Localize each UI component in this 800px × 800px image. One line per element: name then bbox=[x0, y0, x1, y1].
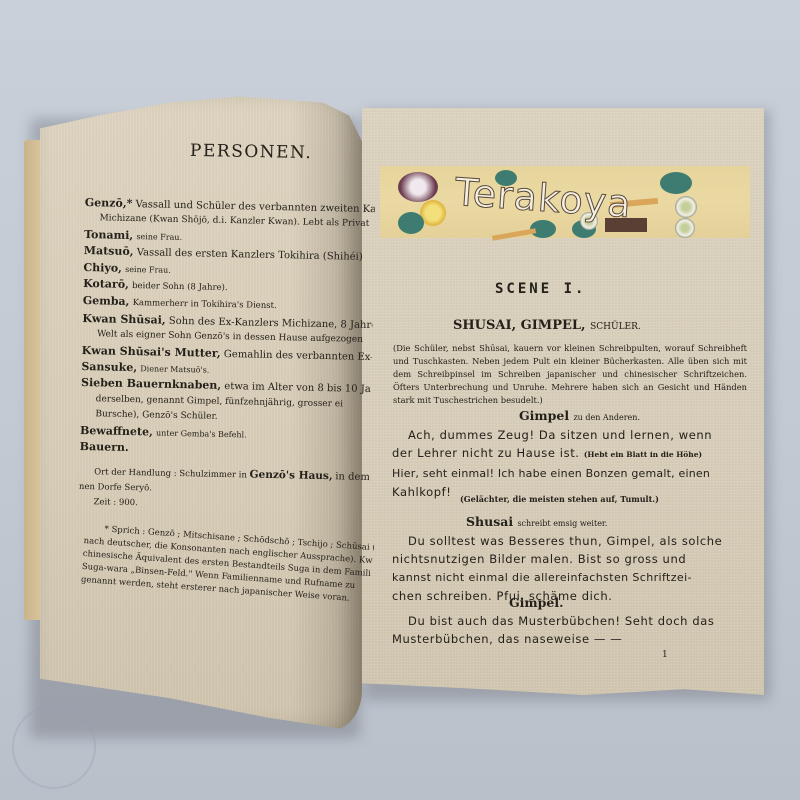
cast-desc: Diener Matsuō's. bbox=[140, 364, 209, 374]
cast-desc: seine Frau. bbox=[136, 232, 182, 242]
cast-name: Kwan Shūsai, bbox=[82, 312, 166, 327]
cast-name: Sansuke, bbox=[81, 360, 137, 374]
page-number: 1 bbox=[662, 650, 668, 660]
setting-tail: in dem si bbox=[335, 471, 369, 483]
stage-direction-tumult: (Gelächter, die meisten stehen auf, Tumu… bbox=[460, 493, 659, 506]
setting-text: Schulzimmer in bbox=[179, 469, 247, 480]
pine-cluster-icon bbox=[660, 172, 692, 194]
cast-name: Bauern. bbox=[80, 440, 129, 454]
speech-line: Du bist auch das Musterbübchen! Seht doc… bbox=[392, 612, 714, 630]
cast-name: Genzō,* bbox=[85, 196, 133, 210]
speaker-name: Gimpel bbox=[519, 408, 569, 423]
cast-desc: Gemahlin des verbannten Ex-Kan bbox=[224, 349, 372, 364]
cast-desc: unter Gemba's Befehl. bbox=[156, 428, 247, 439]
watermark-seal bbox=[12, 705, 96, 789]
cast-name: Sieben Bauernknaben, bbox=[81, 376, 221, 392]
cast-list-title: PERSONEN. bbox=[190, 141, 313, 163]
speech-text: der Lehrer nicht zu Hause ist. bbox=[392, 446, 580, 460]
speech-line: Musterbübchen, das naseweise — — bbox=[392, 630, 714, 648]
cast-name: Bewaffnete, bbox=[80, 424, 153, 439]
banner-title: Terakoya bbox=[454, 170, 633, 226]
cherry-blossom-icon bbox=[398, 172, 438, 202]
speech-line: der Lehrer nicht zu Hause ist. (Hebt ein… bbox=[392, 444, 712, 464]
speaker-direction: schreibt emsig weiter. bbox=[517, 519, 607, 528]
speech-line: nichtsnutzigen Bilder malen. Bist so gro… bbox=[392, 550, 722, 568]
terakoya-illustrated-banner: Terakoya bbox=[380, 166, 750, 238]
cast-name: Chiyo, bbox=[83, 261, 122, 275]
inline-direction: (Hebt ein Blatt in die Höhe) bbox=[584, 450, 702, 459]
speaker-direction: zu den Anderen. bbox=[573, 413, 640, 422]
scene-characters: SHUSAI, GIMPEL, SCHÜLER. bbox=[453, 318, 641, 333]
speech-line: Du solltest was Besseres thun, Gimpel, a… bbox=[392, 532, 722, 550]
white-blossom-icon bbox=[675, 218, 695, 238]
speech-gimpel-2: Du bist auch das Musterbübchen! Seht doc… bbox=[392, 612, 714, 649]
speech-gimpel-1: Ach, dummes Zeug! Da sitzen und lernen, … bbox=[392, 426, 712, 502]
speaker-name: Shusai bbox=[466, 514, 513, 529]
speaker-name: Gimpel. bbox=[509, 595, 563, 610]
setting-label: Ort der Handlung : bbox=[94, 467, 177, 479]
cast-desc: Vassall des ersten Kanzlers Tokihira (Sh… bbox=[137, 247, 363, 263]
cast-list: Genzō,* Vassall und Schüler des verbannt… bbox=[78, 195, 375, 517]
speech-line: Hier, seht einmal! Ich habe einen Bonzen… bbox=[392, 465, 712, 483]
cast-name: Kwan Shūsai's Mutter, bbox=[82, 344, 221, 360]
speaker-gimpel-2: Gimpel. bbox=[509, 595, 563, 610]
speech-line: kannst nicht einmal die allereinfachsten… bbox=[392, 569, 722, 587]
white-blossom-icon bbox=[675, 196, 697, 218]
speech-line: Ach, dummes Zeug! Da sitzen und lernen, … bbox=[392, 426, 712, 444]
cast-name: Matsuō, bbox=[84, 244, 134, 258]
characters-names: SHUSAI, GIMPEL, bbox=[453, 318, 586, 333]
cast-desc: Kammerherr in Tokihira's Dienst. bbox=[133, 298, 277, 311]
pine-cluster-icon bbox=[398, 212, 424, 234]
speaker-gimpel: Gimpel zu den Anderen. bbox=[519, 408, 640, 423]
cast-name: Tonami, bbox=[84, 228, 133, 242]
cast-desc: beider Sohn (8 Jahre). bbox=[132, 281, 228, 293]
stage-direction: (Die Schüler, nebst Shūsai, kauern vor k… bbox=[393, 342, 747, 407]
cast-desc: seine Frau. bbox=[125, 264, 171, 274]
setting-place: Genzō's Haus, bbox=[250, 468, 333, 482]
speaker-shusai: Shusai schreibt emsig weiter. bbox=[466, 514, 607, 529]
cast-desc: etwa im Alter von 8 bis 10 Jahren bbox=[224, 381, 371, 396]
characters-role: SCHÜLER. bbox=[590, 322, 641, 332]
scene-heading: SCENE I. bbox=[495, 281, 586, 297]
cast-name: Kotarō, bbox=[83, 277, 129, 291]
cast-name: Gemba, bbox=[83, 294, 130, 308]
